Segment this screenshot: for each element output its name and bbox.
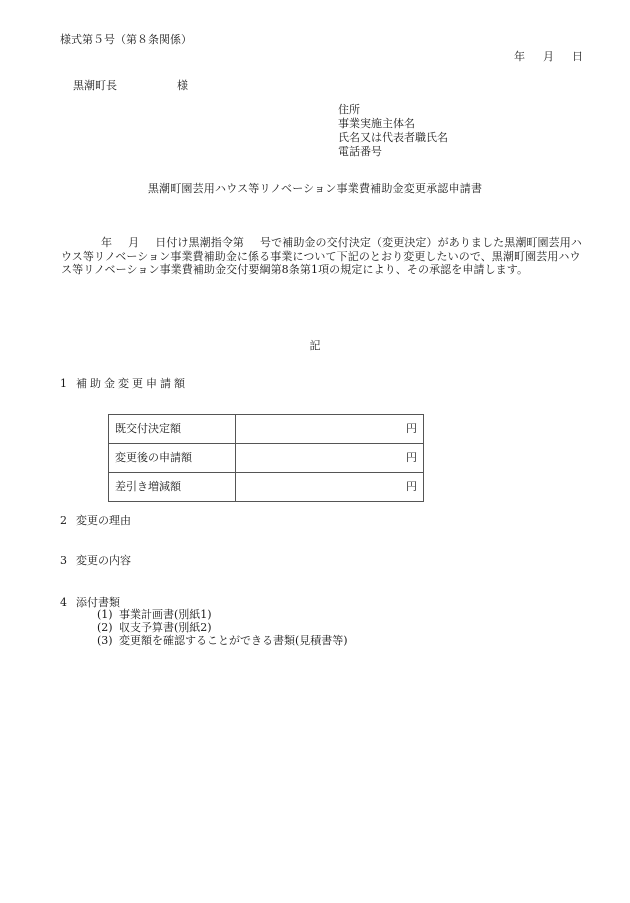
amount-field[interactable]: 円: [236, 473, 424, 502]
section-4-number: 4: [60, 596, 76, 610]
section-3-heading: 3変更の内容: [60, 554, 131, 568]
amount-field[interactable]: 円: [236, 415, 424, 444]
list-item: (1)事業計画書(別紙1): [97, 608, 348, 621]
list-item: (3)変更額を確認することができる書類(見積書等): [97, 634, 348, 647]
addressee: 黒潮町長様: [73, 79, 188, 93]
attachment-number: (2): [97, 621, 119, 634]
document-title: 黒潮町園芸用ハウス等リノベーション事業費補助金変更承認申請書: [0, 182, 630, 196]
table-row: 変更後の申請額 円: [109, 444, 424, 473]
row-label: 既交付決定額: [109, 415, 236, 444]
section-2-label: 変更の理由: [76, 514, 131, 527]
attachment-label: 事業計画書(別紙1): [119, 608, 212, 621]
amount-table: 既交付決定額 円 変更後の申請額 円 差引き増減額 円: [108, 414, 424, 502]
section-1-heading: 1補助金変更申請額: [60, 377, 188, 391]
section-1-number: 1: [60, 377, 76, 391]
section-1-label: 補助金変更申請額: [76, 377, 188, 390]
addressee-name: 黒潮町長: [73, 79, 117, 92]
applicant-address-label: 住所: [338, 103, 448, 117]
attachment-number: (1): [97, 608, 119, 621]
date-day: 日: [572, 50, 583, 64]
body-paragraph: 年月日付け黒潮指令第号で補助金の交付決定（変更決定）がありました黒潮町園芸用ハウ…: [61, 236, 586, 277]
applicant-block: 住所 事業実施主体名 氏名又は代表者職氏名 電話番号: [338, 103, 448, 159]
attachment-label: 収支予算書(別紙2): [119, 621, 212, 634]
table-row: 既交付決定額 円: [109, 415, 424, 444]
body-part1: 日付け黒潮指令第: [155, 236, 244, 249]
attachment-label: 変更額を確認することができる書類(見積書等): [119, 634, 348, 647]
attachment-number: (3): [97, 634, 119, 647]
section-3-label: 変更の内容: [76, 554, 131, 567]
date-line: 年月日: [514, 50, 583, 64]
section-2-heading: 2変更の理由: [60, 514, 131, 528]
applicant-entity-label: 事業実施主体名: [338, 117, 448, 131]
date-year: 年: [514, 50, 525, 64]
addressee-honorific: 様: [177, 79, 188, 93]
section-2-number: 2: [60, 514, 76, 528]
amount-field[interactable]: 円: [236, 444, 424, 473]
date-month: 月: [543, 50, 554, 64]
section-3-number: 3: [60, 554, 76, 568]
row-label: 変更後の申請額: [109, 444, 236, 473]
attachment-list: (1)事業計画書(別紙1) (2)収支予算書(別紙2) (3)変更額を確認するこ…: [97, 608, 348, 647]
ki-heading: 記: [0, 339, 630, 353]
form-number: 様式第５号（第８条関係）: [60, 33, 192, 47]
body-month: 月: [128, 236, 139, 249]
list-item: (2)収支予算書(別紙2): [97, 621, 348, 634]
applicant-phone-label: 電話番号: [338, 145, 448, 159]
row-label: 差引き増減額: [109, 473, 236, 502]
applicant-name-label: 氏名又は代表者職氏名: [338, 131, 448, 145]
body-year: 年: [101, 236, 112, 249]
table-row: 差引き増減額 円: [109, 473, 424, 502]
